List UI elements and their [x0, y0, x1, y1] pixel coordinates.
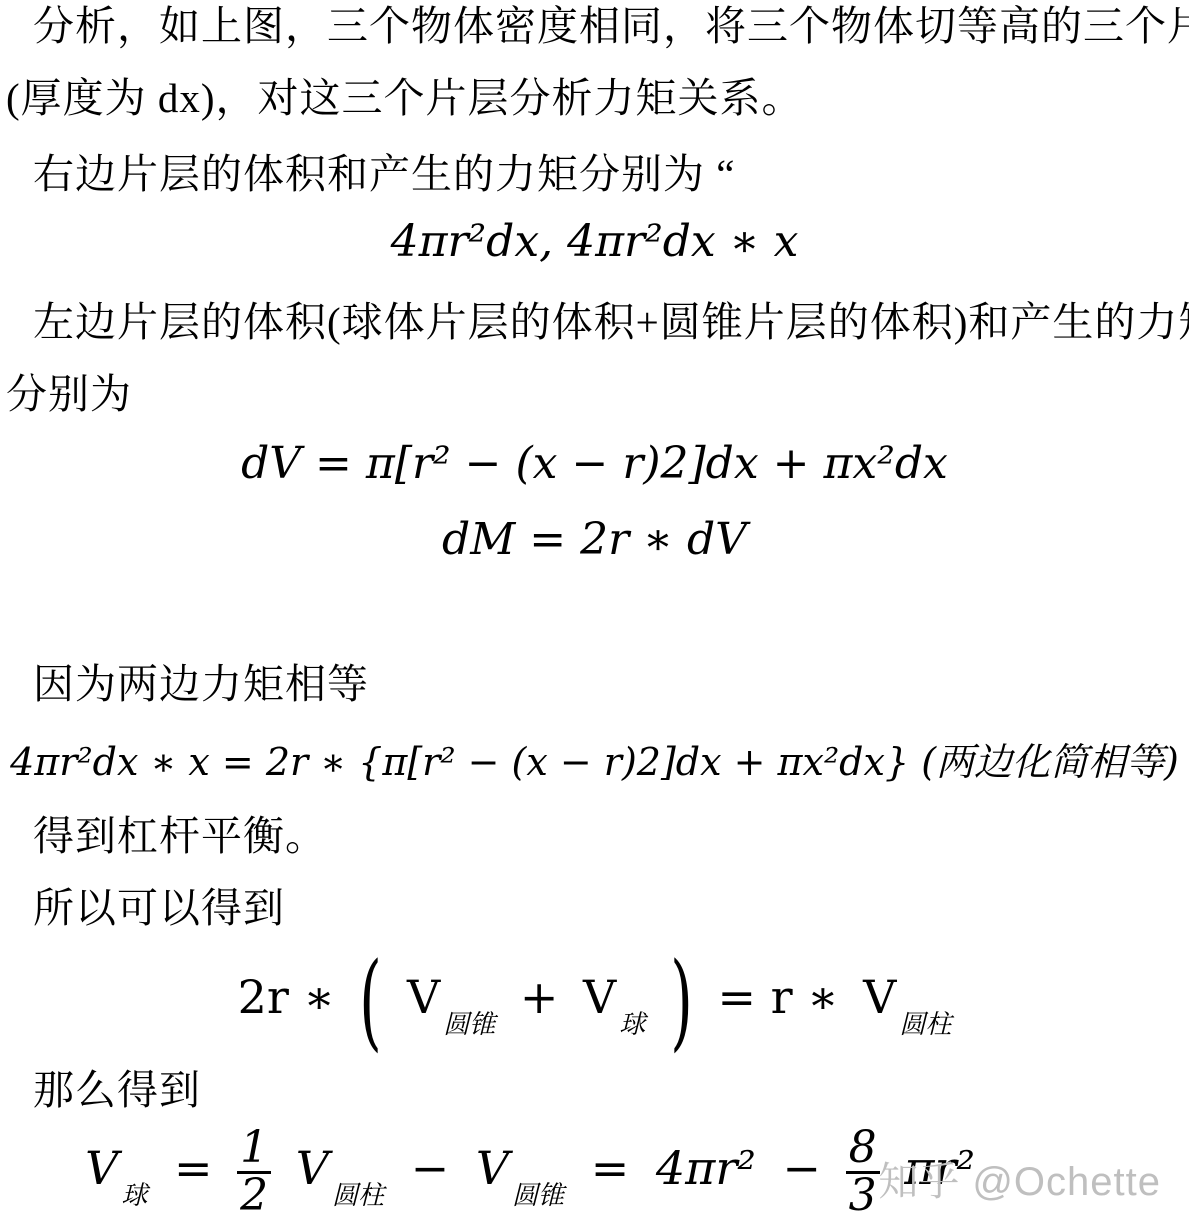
body-line-5: 分别为 [0, 370, 1189, 419]
f5-right-paren: ) [670, 949, 693, 1054]
f6-minus-2: − [782, 1141, 821, 1195]
body-line-1: 分析，如上图，三个物体密度相同，将三个物体切等高的三个片层 [0, 2, 1189, 51]
f5-volume-cylinder: V圆柱 [863, 970, 951, 1024]
formula-lever-volumes: 2r ∗ ( V圆锥 + V球 ) = r ∗ V圆柱 [0, 935, 1189, 1060]
f5-plus-sign: + [520, 970, 559, 1024]
f6-cylinder-subscript: 圆柱 [332, 1181, 384, 1211]
body-line-6: 因为两边力矩相等 [0, 660, 1189, 709]
body-line-9: 那么得到 [0, 1066, 1189, 1115]
body-line-4: 左边片层的体积(球体片层的体积+圆锥片层的体积)和产生的力矩 [0, 298, 1189, 347]
f6-fraction-one-half: 12 [237, 1126, 271, 1219]
f6-volume-cone: V圆锥 [476, 1141, 564, 1195]
f6-equals-2: = [591, 1141, 630, 1195]
formula-right-slice-volume-moment: 4πr²dx, 4πr²dx ∗ x [0, 216, 1189, 269]
f5-cone-subscript: 圆锥 [443, 1010, 495, 1040]
formula-moment-equality: 4πr²dx ∗ x = 2r ∗ {π[r² − (x − r)2]dx + … [0, 740, 1189, 786]
f6-cone-subscript: 圆锥 [512, 1181, 564, 1211]
f6-minus-1: − [411, 1141, 450, 1195]
f5-volume-sphere: V球 [583, 970, 645, 1024]
f5-left-paren: ( [360, 949, 383, 1054]
document-page: 分析，如上图，三个物体密度相同，将三个物体切等高的三个片层 (厚度为 dx)，对… [0, 0, 1189, 1221]
body-line-2: (厚度为 dx)，对这三个片层分析力矩关系。 [0, 74, 1189, 123]
formula-dM: dM = 2r ∗ dV [0, 514, 1189, 567]
f6-volume-sphere: V球 [85, 1141, 147, 1195]
f5-equals-part: = r ∗ [717, 970, 838, 1024]
formula-dV: dV = π[r² − (x − r)2]dx + πx²dx [0, 438, 1189, 491]
f5-volume-cone: V圆锥 [407, 970, 495, 1024]
f6-sphere-subscript: 球 [121, 1181, 147, 1211]
f6-volume-cylinder: V圆柱 [296, 1141, 384, 1195]
f5-coefficient: 2r ∗ [238, 970, 335, 1024]
f5-sphere-subscript: 球 [619, 1010, 645, 1040]
f6-equals-1: = [174, 1141, 213, 1195]
f6-fraction-eight-thirds: 83 [846, 1126, 880, 1219]
body-line-8: 所以可以得到 [0, 884, 1189, 933]
zhihu-watermark: 知乎 @Ochette [878, 1150, 1161, 1207]
body-line-3: 右边片层的体积和产生的力矩分别为 “ [0, 150, 1189, 199]
body-line-7: 得到杠杆平衡。 [0, 812, 1189, 861]
f5-cylinder-subscript: 圆柱 [899, 1010, 951, 1040]
f6-term-4pir2: 4πr² [656, 1141, 756, 1195]
